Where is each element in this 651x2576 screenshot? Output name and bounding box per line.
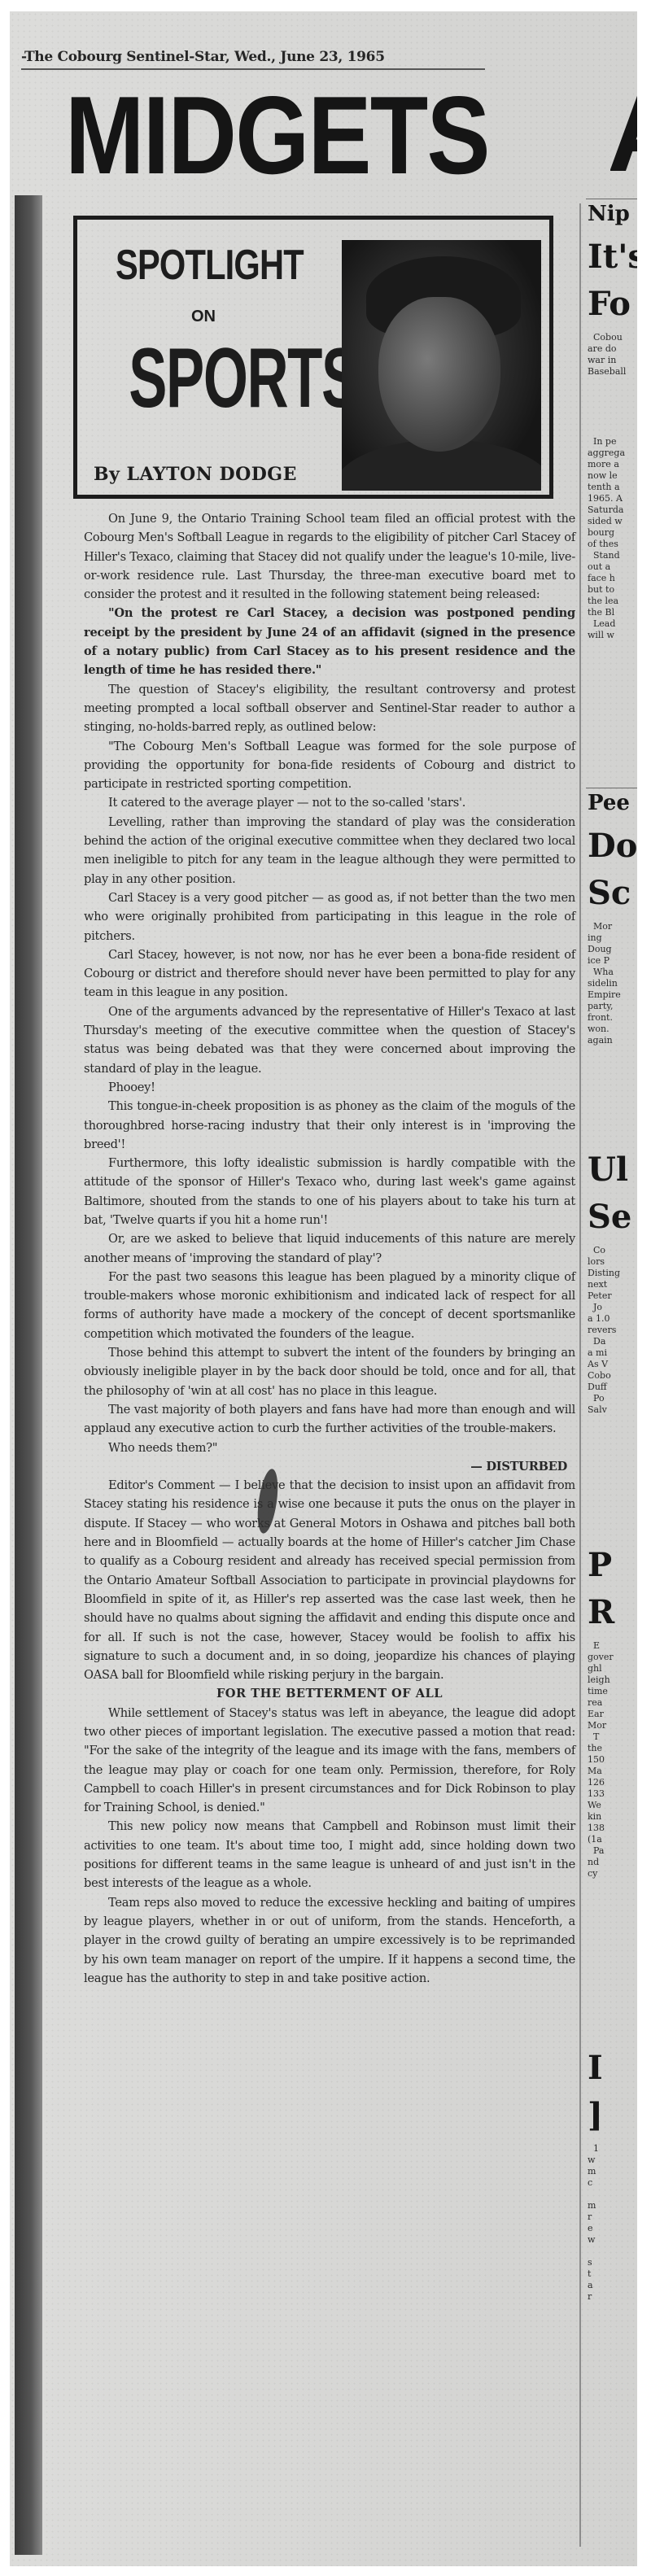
- column-title-bottom: SPORTS: [129, 336, 278, 421]
- article-paragraph: Editor's Comment — I believe that the de…: [84, 1476, 575, 1684]
- page-headline: MIDGETS: [65, 80, 489, 190]
- side-headline-fragment: Pee: [588, 791, 630, 815]
- article-paragraph: Those behind this attempt to subvert the…: [84, 1343, 575, 1400]
- column-banner: SPOTLIGHT ON SPORTS By LAYTON DODGE: [73, 216, 553, 499]
- dateline: -The Cobourg Sentinel-Star, Wed., June 2…: [21, 49, 485, 70]
- side-text-fragment: In pe aggrega more a now le tenth a 1965…: [588, 436, 637, 641]
- article-paragraph: The question of Stacey's eligibility, th…: [84, 680, 575, 737]
- article-paragraph: "The Cobourg Men's Softball League was f…: [84, 737, 575, 794]
- byline: By LAYTON DODGE: [94, 464, 297, 485]
- side-text-fragment: Mor ing Doug ice P Wha sidelin Empire pa…: [588, 921, 637, 1046]
- side-headline-fragment: P: [588, 1546, 612, 1584]
- side-headline-fragment: Do: [588, 827, 637, 865]
- article-paragraph: Phooey!: [84, 1078, 575, 1097]
- article-paragraph: This tongue-in-cheek proposition is as p…: [84, 1097, 575, 1154]
- headline-cut-fragment: A: [610, 77, 637, 191]
- article-paragraph: On June 9, the Ontario Training School t…: [84, 509, 575, 604]
- article-body: On June 9, the Ontario Training School t…: [84, 509, 575, 1988]
- side-headline-fragment: Sc: [588, 874, 631, 912]
- side-headline-fragment: Ul: [588, 1150, 628, 1189]
- side-rule: [586, 199, 637, 199]
- side-text-fragment: 1 w m c m r e w s t a r: [588, 2143, 637, 2303]
- article-paragraph: Levelling, rather than improving the sta…: [84, 813, 575, 889]
- column-divider: [579, 203, 581, 2547]
- side-text-fragment: Cobou are do war in Baseball: [588, 332, 637, 378]
- side-headline-fragment: It's: [588, 238, 637, 276]
- article-paragraph: One of the arguments advanced by the rep…: [84, 1002, 575, 1078]
- side-headline-fragment: R: [588, 1593, 614, 1631]
- page-gutter-shadow: [15, 195, 42, 2555]
- side-text-fragment: Co lors Disting next Peter Jo a 1.0 reve…: [588, 1245, 637, 1416]
- article-paragraph: "On the protest re Carl Stacey, a decisi…: [84, 604, 575, 679]
- article-paragraph: Team reps also moved to reduce the exces…: [84, 1893, 575, 1988]
- article-signoff: — DISTURBED: [84, 1457, 575, 1476]
- side-headline-fragment: Se: [588, 1198, 631, 1236]
- column-title-mid: ON: [94, 308, 313, 326]
- article-paragraph: This new policy now means that Campbell …: [84, 1817, 575, 1893]
- side-headline-fragment: Nip: [588, 202, 630, 226]
- portrait-face: [378, 297, 500, 452]
- side-text-fragment: E gover ghl leigh time rea Ear Mor T the…: [588, 1640, 637, 1880]
- columnist-portrait: [342, 240, 541, 491]
- article-subhead: FOR THE BETTERMENT OF ALL: [84, 1684, 575, 1703]
- side-headline-fragment: I: [588, 2049, 603, 2087]
- article-paragraph: For the past two seasons this league has…: [84, 1268, 575, 1343]
- column-title: SPOTLIGHT ON SPORTS: [94, 244, 313, 421]
- article-paragraph: It catered to the average player — not t…: [84, 793, 575, 812]
- side-headline-fragment: ]: [588, 2096, 603, 2134]
- article-paragraph: Carl Stacey is a very good pitcher — as …: [84, 889, 575, 945]
- side-rule: [586, 788, 637, 788]
- article-paragraph: Carl Stacey, however, is not now, nor ha…: [84, 945, 575, 1002]
- article-paragraph: While settlement of Stacey's status was …: [84, 1704, 575, 1818]
- article-paragraph: The vast majority of both players and fa…: [84, 1400, 575, 1439]
- article-paragraph: Who needs them?": [84, 1439, 575, 1457]
- article-paragraph: Furthermore, this lofty idealistic submi…: [84, 1154, 575, 1229]
- column-title-top: SPOTLIGHT: [116, 244, 291, 286]
- side-headline-fragment: Fo: [588, 285, 631, 323]
- adjacent-column-strip: NipIt'sFo Cobou are do war in Baseball I…: [583, 195, 637, 2555]
- headline-cut-letter: A: [610, 77, 637, 188]
- article-paragraph: Or, are we asked to believe that liquid …: [84, 1229, 575, 1268]
